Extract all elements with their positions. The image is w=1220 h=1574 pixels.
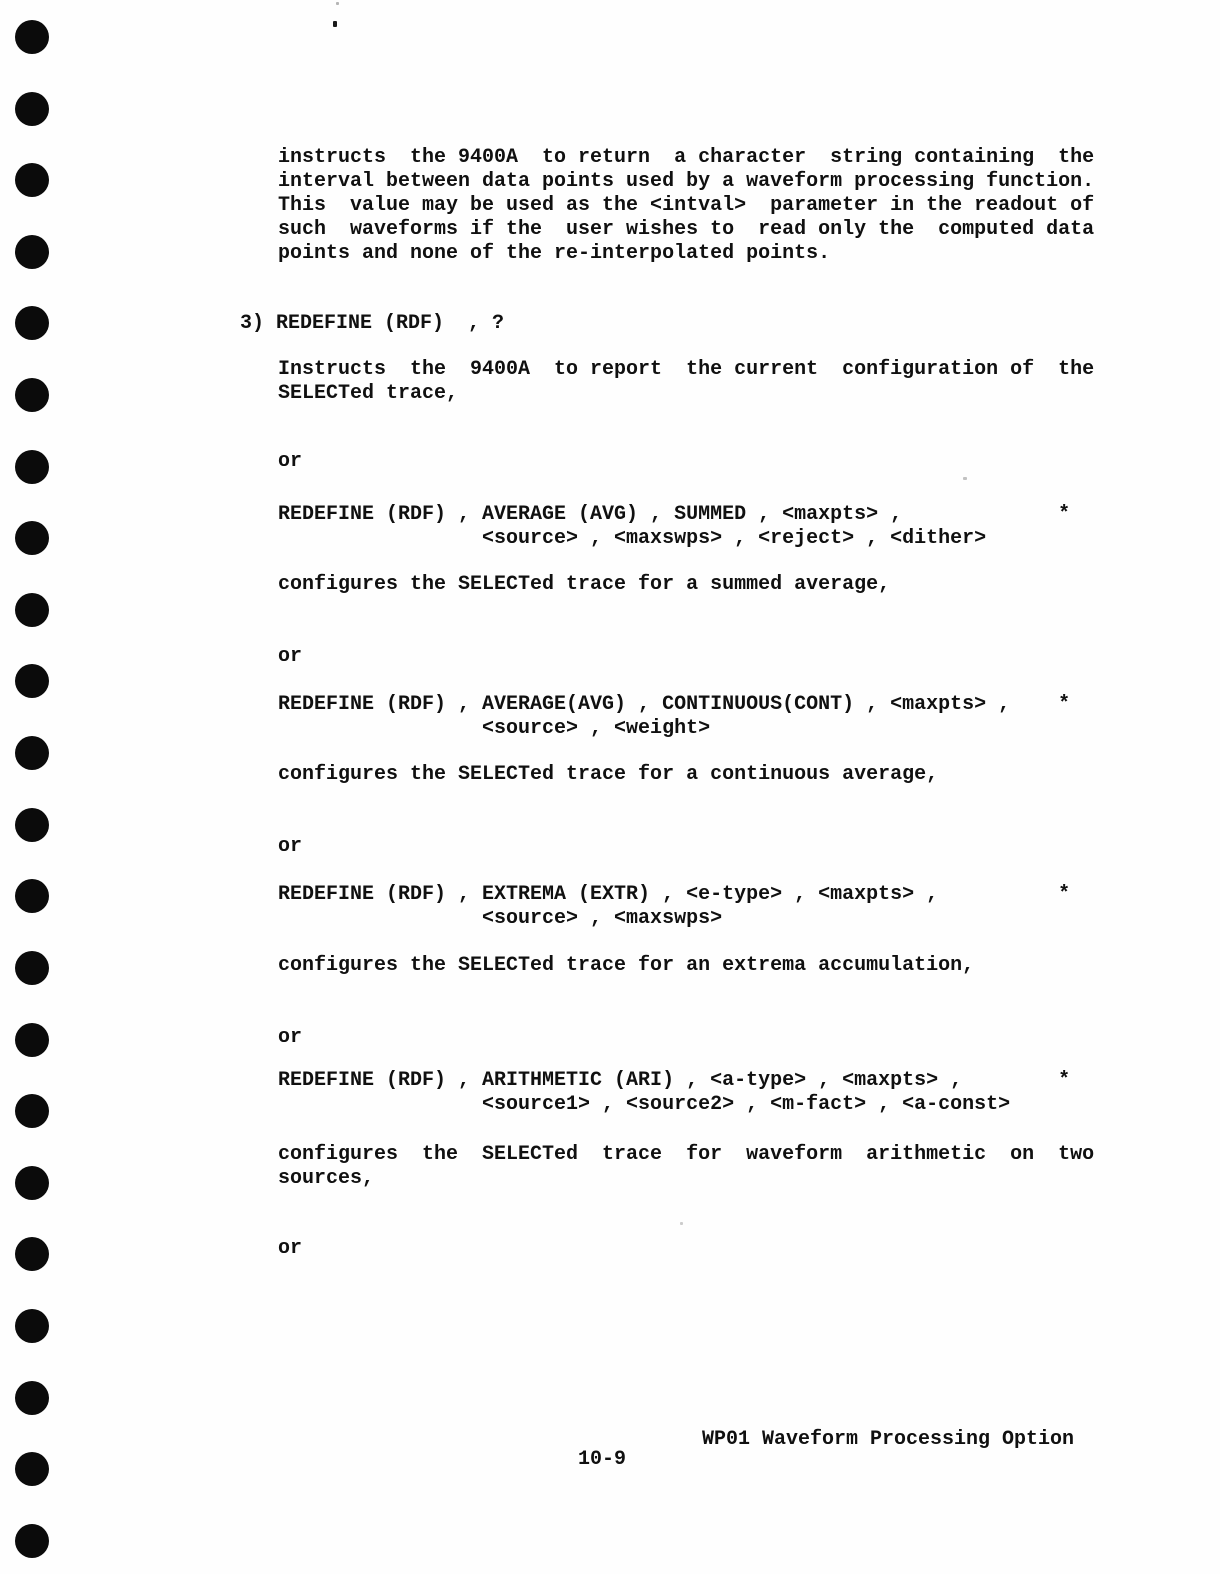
command-average-continuous: REDEFINE (RDF) , AVERAGE(AVG) , CONTINUO…: [278, 693, 1070, 741]
command-arithmetic: REDEFINE (RDF) , ARITHMETIC (ARI) , <a-t…: [278, 1069, 1070, 1117]
binder-hole: [15, 879, 49, 913]
paragraph-line: configures the SELECTed trace for wavefo…: [278, 1143, 1094, 1167]
footer-chapter-title: WP01 Waveform Processing Option: [702, 1428, 1074, 1452]
paragraph-line: sources,: [278, 1167, 1094, 1191]
command-result: configures the SELECTed trace for a summ…: [278, 573, 890, 597]
paragraph-line: Instructs the 9400A to report the curren…: [278, 358, 1094, 382]
scan-speck: [680, 1222, 683, 1225]
binder-hole: [15, 1094, 49, 1128]
binder-hole: [15, 92, 49, 126]
binder-hole: [15, 1452, 49, 1486]
binder-hole: [15, 235, 49, 269]
binder-hole: [15, 450, 49, 484]
binder-hole: [15, 1381, 49, 1415]
command-line: REDEFINE (RDF) , AVERAGE(AVG) , CONTINUO…: [278, 693, 1070, 717]
binder-holes: [15, 20, 49, 1558]
intro-paragraph: instructs the 9400A to return a characte…: [278, 146, 1094, 266]
paragraph-line: configures the SELECTed trace for an ext…: [278, 954, 974, 978]
paragraph-line: configures the SELECTed trace for a cont…: [278, 763, 938, 787]
paragraph-line: such waveforms if the user wishes to rea…: [278, 218, 1094, 242]
binder-hole: [15, 1524, 49, 1558]
paragraph-line: interval between data points used by a w…: [278, 170, 1094, 194]
command-result: configures the SELECTed trace for an ext…: [278, 954, 974, 978]
binder-hole: [15, 1166, 49, 1200]
binder-hole: [15, 736, 49, 770]
command-line: <source> , <maxswps> , <reject> , <dithe…: [278, 527, 1070, 551]
command-line: <source> , <weight>: [278, 717, 1070, 741]
manual-page: instructs the 9400A to return a characte…: [0, 0, 1220, 1574]
command-line: REDEFINE (RDF) , EXTREMA (EXTR) , <e-typ…: [278, 883, 1070, 907]
command-line: REDEFINE (RDF) , AVERAGE (AVG) , SUMMED …: [278, 503, 1070, 527]
section-heading: 3) REDEFINE (RDF) , ?: [240, 312, 504, 336]
binder-hole: [15, 306, 49, 340]
binder-hole: [15, 951, 49, 985]
binder-hole: [15, 163, 49, 197]
page-number: 10-9: [578, 1448, 626, 1472]
paragraph-line: This value may be used as the <intval> p…: [278, 194, 1094, 218]
command-extrema: REDEFINE (RDF) , EXTREMA (EXTR) , <e-typ…: [278, 883, 1070, 931]
or-separator: or: [278, 1026, 302, 1050]
command-line: REDEFINE (RDF) , ARITHMETIC (ARI) , <a-t…: [278, 1069, 1070, 1093]
paragraph-line: configures the SELECTed trace for a summ…: [278, 573, 890, 597]
command-result: configures the SELECTed trace for a cont…: [278, 763, 938, 787]
command-result: configures the SELECTed trace for wavefo…: [278, 1143, 1094, 1191]
binder-hole: [15, 1309, 49, 1343]
section-description: Instructs the 9400A to report the curren…: [278, 358, 1094, 406]
paragraph-line: instructs the 9400A to return a characte…: [278, 146, 1094, 170]
command-line: <source> , <maxswps>: [278, 907, 1070, 931]
binder-hole: [15, 1023, 49, 1057]
binder-hole: [15, 664, 49, 698]
or-separator: or: [278, 835, 302, 859]
scan-speck: [963, 477, 967, 480]
or-separator: or: [278, 450, 302, 474]
binder-hole: [15, 20, 49, 54]
command-line: <source1> , <source2> , <m-fact> , <a-co…: [278, 1093, 1070, 1117]
paragraph-line: points and none of the re-interpolated p…: [278, 242, 1094, 266]
binder-hole: [15, 1237, 49, 1271]
binder-hole: [15, 378, 49, 412]
paragraph-line: SELECTed trace,: [278, 382, 1094, 406]
binder-hole: [15, 808, 49, 842]
or-separator: or: [278, 1237, 302, 1261]
scan-speck: [336, 2, 339, 5]
binder-hole: [15, 521, 49, 555]
binder-hole: [15, 593, 49, 627]
command-average-summed: REDEFINE (RDF) , AVERAGE (AVG) , SUMMED …: [278, 503, 1070, 551]
or-separator: or: [278, 645, 302, 669]
scan-speck: [333, 21, 337, 27]
